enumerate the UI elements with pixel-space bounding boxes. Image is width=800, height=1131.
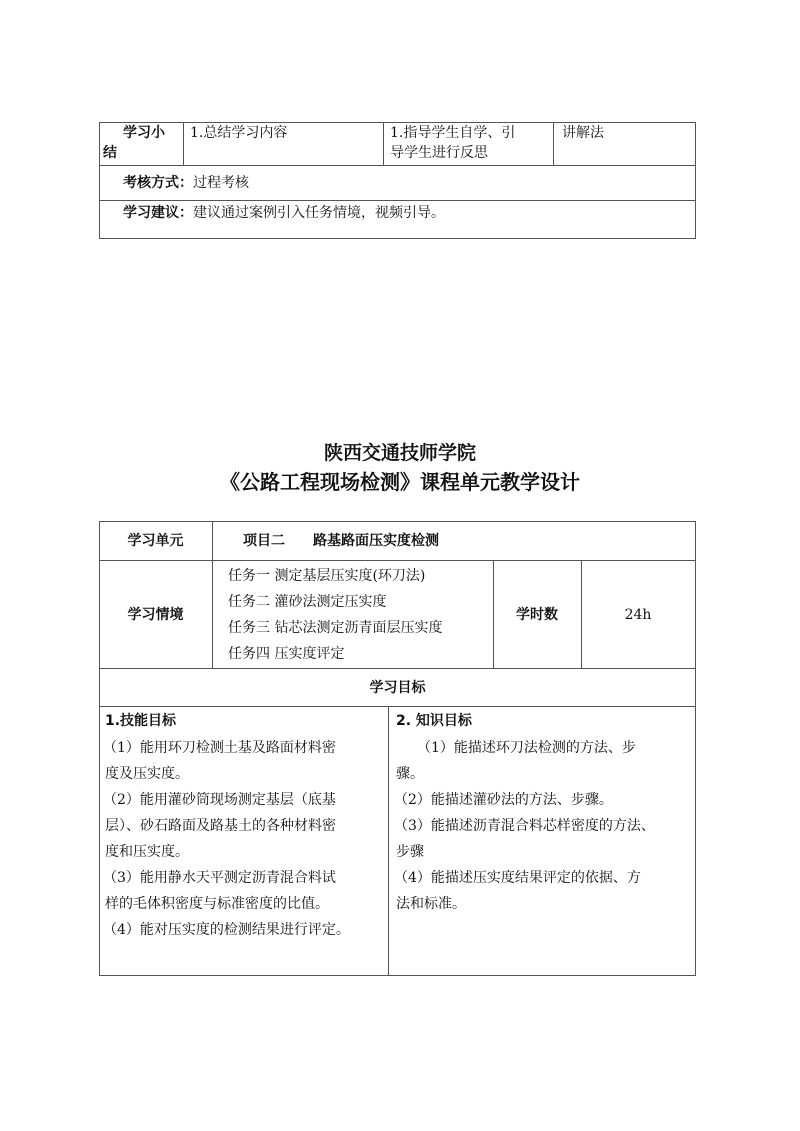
summary-method: 讲解法: [562, 122, 604, 144]
task-item: 任务一 测定基层压实度(环刀法): [228, 563, 425, 589]
summary-content: 1.总结学习内容: [190, 122, 287, 144]
table-border: [388, 706, 389, 975]
table-border: [99, 200, 696, 201]
table-border: [99, 560, 696, 561]
skill-goal-line: （2）能用灌砂筒现场测定基层（底基: [103, 789, 336, 811]
suggestion-label: 学习建议：: [123, 205, 193, 221]
skill-goals-title: 1.技能目标: [105, 710, 176, 732]
knowledge-goals-title: 2. 知识目标: [396, 710, 472, 732]
table-border: [383, 122, 384, 165]
knowledge-goal-line: （2）能描述灌砂法的方法、步骤。: [394, 789, 613, 811]
summary-label-line1: 学习小: [123, 122, 165, 144]
summary-label-line2: 结: [103, 142, 117, 164]
table-border: [99, 122, 100, 239]
objectives-header: 学习目标: [99, 677, 696, 699]
unit-label: 学习单元: [99, 530, 212, 552]
suggestion-row: 学习建议：建议通过案例引入任务情境，视频引导。: [123, 202, 445, 224]
table-border: [99, 521, 696, 522]
knowledge-goal-line: 步骤: [396, 841, 424, 863]
task-item: 任务三 钻芯法测定沥青面层压实度: [228, 615, 442, 641]
skill-goal-line: 度及压实度。: [105, 763, 189, 785]
table-border: [99, 521, 100, 976]
knowledge-goal-line: 骤。: [396, 763, 424, 785]
assessment-label: 考核方式：: [123, 175, 193, 191]
knowledge-goal-line: 法和标准。: [396, 893, 466, 915]
table-border: [99, 975, 696, 976]
task-item: 任务四 压实度评定: [228, 641, 344, 667]
skill-goal-line: （3）能用静水天平测定沥青混合料试: [103, 867, 336, 889]
task-item: 任务二 灌砂法测定压实度: [228, 589, 386, 615]
suggestion-value: 建议通过案例引入任务情境，视频引导。: [193, 205, 445, 221]
skill-goal-line: 样的毛体积密度与标准密度的比值。: [105, 893, 329, 915]
knowledge-goal-line: （1）能描述环刀法检测的方法、步: [396, 737, 636, 759]
context-label: 学习情境: [99, 604, 212, 626]
skill-goal-line: 层）、砂石路面及路基土的各种材料密: [105, 815, 336, 837]
table-border: [99, 165, 696, 166]
unit-value: 项目二 路基路面压实度检测: [243, 530, 439, 552]
table-border: [695, 122, 696, 239]
course-title: 《公路工程现场检测》课程单元教学设计: [0, 466, 800, 495]
table-border: [553, 122, 554, 165]
hours-label: 学时数: [493, 604, 581, 626]
school-name: 陕西交通技师学院: [0, 438, 800, 465]
summary-activity-line1: 1.指导学生自学、引: [390, 122, 515, 144]
table-border: [183, 122, 184, 165]
summary-activity-line2: 导学生进行反思: [390, 142, 488, 164]
table-border: [99, 706, 696, 707]
assessment-value: 过程考核: [193, 175, 249, 191]
skill-goal-line: （1）能用环刀检测土基及路面材料密: [103, 737, 336, 759]
skill-goal-line: （4）能对压实度的检测结果进行评定。: [103, 919, 350, 941]
table-border: [99, 668, 696, 669]
assessment-row: 考核方式：过程考核: [123, 172, 249, 194]
table-border: [695, 521, 696, 976]
table-border: [212, 521, 213, 668]
knowledge-goal-line: （4）能描述压实度结果评定的依据、方: [394, 867, 641, 889]
skill-goal-line: 度和压实度。: [105, 841, 189, 863]
hours-value: 24h: [581, 604, 695, 626]
table-border: [99, 238, 696, 239]
knowledge-goal-line: （3）能描述沥青混合料芯样密度的方法、: [394, 815, 655, 837]
